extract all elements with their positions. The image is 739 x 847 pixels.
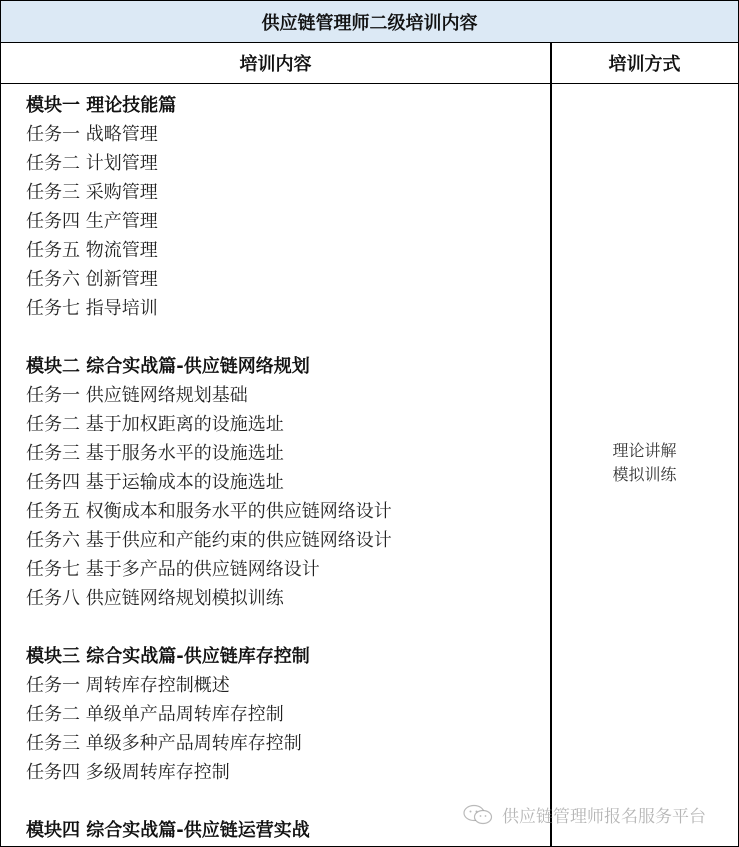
watermark-text: 供应链管理师报名服务平台: [502, 802, 706, 827]
task-item: 任务五 物流管理: [26, 236, 546, 265]
task-item: 任务二 计划管理: [26, 149, 546, 178]
task-item: 任务七 基于多产品的供应链网络设计: [26, 555, 546, 584]
spacer: [26, 613, 546, 642]
task-item: 任务四 生产管理: [26, 207, 546, 236]
task-item: 任务一 战略管理: [26, 120, 546, 149]
method-item: 理论讲解: [551, 439, 738, 463]
task-item: 任务二 单级单产品周转库存控制: [26, 700, 546, 729]
header-training-method: 培训方式: [551, 43, 738, 83]
module-title: 模块二 综合实战篇-供应链网络规划: [26, 352, 546, 381]
method-item: 模拟训练: [551, 463, 738, 487]
watermark: 供应链管理师报名服务平台: [462, 802, 706, 827]
table-title: 供应链管理师二级培训内容: [1, 1, 738, 43]
spacer: [26, 323, 546, 352]
training-method-cell: 理论讲解 模拟训练: [551, 439, 738, 487]
task-item: 任务一 周转库存控制概述: [26, 671, 546, 700]
task-item: 任务四 多级周转库存控制: [26, 758, 546, 787]
task-item: 任务八 供应链网络规划模拟训练: [26, 584, 546, 613]
task-item: 任务四 基于运输成本的设施选址: [26, 468, 546, 497]
task-item: 任务五 权衡成本和服务水平的供应链网络设计: [26, 497, 546, 526]
task-item: 任务三 单级多种产品周转库存控制: [26, 729, 546, 758]
task-item: 任务二 基于加权距离的设施选址: [26, 410, 546, 439]
training-content-table: 供应链管理师二级培训内容 培训内容 培训方式 模块一 理论技能篇 任务一 战略管…: [0, 0, 739, 847]
table-header-row: 培训内容 培训方式: [1, 43, 738, 84]
task-item: 任务六 基于供应和产能约束的供应链网络设计: [26, 526, 546, 555]
task-item: 任务三 基于服务水平的设施选址: [26, 439, 546, 468]
table-title-text: 供应链管理师二级培训内容: [262, 9, 478, 35]
task-item: 任务六 创新管理: [26, 265, 546, 294]
header-training-content: 培训内容: [1, 43, 550, 83]
task-item: 任务三 采购管理: [26, 178, 546, 207]
task-item: 任务七 指导培训: [26, 294, 546, 323]
wechat-icon: [462, 804, 494, 826]
module-title: 模块一 理论技能篇: [26, 91, 546, 120]
task-item: 任务一 供应链网络规划基础: [26, 381, 546, 410]
training-content-cell: 模块一 理论技能篇 任务一 战略管理 任务二 计划管理 任务三 采购管理 任务四…: [26, 91, 546, 845]
module-title: 模块三 综合实战篇-供应链库存控制: [26, 642, 546, 671]
